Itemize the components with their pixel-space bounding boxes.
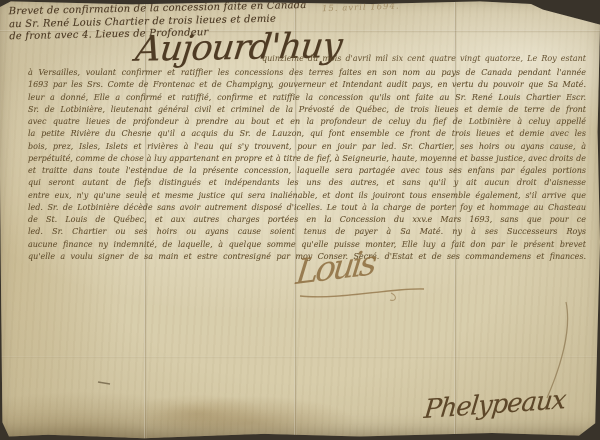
- horizontal-fold-crease: [0, 356, 600, 359]
- body-text-line: et traitte dans toute l'estendue de la p…: [28, 165, 586, 177]
- body-text-line: led. Sr. de Lotbinière décède sans avoir…: [28, 202, 586, 214]
- date-annotation: 15. avril 1694.: [322, 0, 452, 14]
- parchment-sheet: Brevet de confirmation de la concession …: [0, 0, 600, 440]
- body-text-line: 1693 par les Srs. Comte de Frontenac et …: [28, 79, 586, 91]
- body-text-line: entre eux, n'y qu'une seule et mesme jus…: [28, 190, 586, 202]
- body-text-line: qui seront autant de fiefs distingués et…: [28, 177, 586, 189]
- body-text: à Versailles, voulant confirmer et ratif…: [28, 67, 586, 263]
- body-text-line: perpétuité, comme de chose à luy apparte…: [28, 153, 586, 165]
- body-text-line: avec quatre lieues de profondeur à prend…: [28, 116, 586, 128]
- body-text-line: la petite Rivière du Chesne qu'il a acqu…: [28, 128, 586, 140]
- body-text-line: à Versailles, voulant confirmer et ratif…: [28, 67, 586, 79]
- body-text-line: bois, prez, Isles, Islets et rivières à …: [28, 141, 586, 153]
- secretary-signature: Phelypeaux: [423, 385, 567, 425]
- body-text-line: Sr. de Lotbinière, lieutenant général ci…: [28, 104, 586, 116]
- royal-signature: Louis: [294, 243, 377, 293]
- body-text-line: led. Sr. Chartier ou ses hoirs ou ayans …: [28, 226, 586, 238]
- body-text-line: aucune finance ny indemnité, de laquelle…: [28, 239, 586, 251]
- body-text-line: de St. Louis de Québec, et aux autres ch…: [28, 214, 586, 226]
- body-text-line: quinzieme du mois d'avril mil six cent q…: [262, 53, 586, 65]
- body-text-line: leur a donné, Elle a confirmé et ratiffi…: [28, 92, 586, 104]
